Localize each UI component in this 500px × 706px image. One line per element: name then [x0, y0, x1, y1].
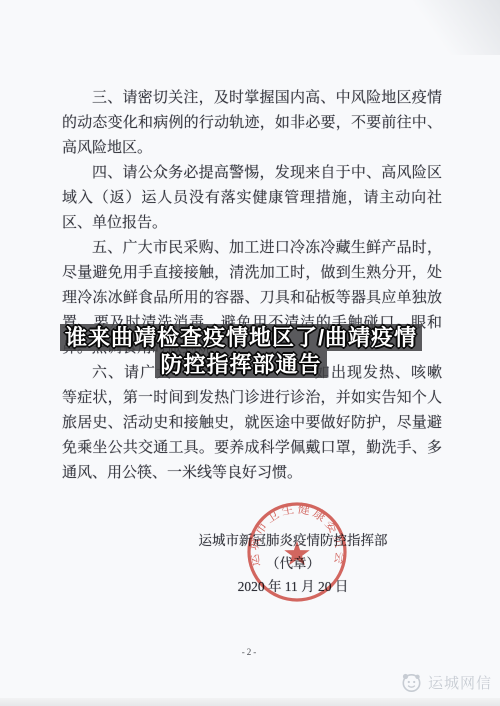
notice-paragraph-4: 四、请公众务必提高警惕，发现来自于中、高风险区域入（返）运人员没有落实健康管理措…: [62, 161, 442, 236]
document-photo: 三、请密切关注，及时掌握国内高、中风险地区疫情的动态变化和病例的行动轨迹，如非必…: [0, 0, 500, 706]
headline-line-1: 谁来曲靖检查疫情地区了/曲靖疫情: [60, 324, 422, 351]
page-number: -2-: [0, 647, 500, 657]
official-seal: 运城市卫生健康委员会: [237, 492, 357, 612]
headline-row-1: 谁来曲靖检查疫情地区了/曲靖疫情: [0, 324, 482, 351]
photo-corner-shadow: [390, 0, 500, 55]
photo-bottom-edge: [0, 698, 500, 706]
headline-overlay: 谁来曲靖检查疫情地区了/曲靖疫情 防控指挥部通告: [0, 324, 482, 378]
notice-body: 三、请密切关注，及时掌握国内高、中风险地区疫情的动态变化和病例的行动轨迹，如非必…: [62, 86, 442, 486]
notice-paragraph-6-visible-rest: 如出现发热、咳嗽等症状，第一时间到发热门诊进行诊治，并如实告知个人旅居史、活动史…: [62, 365, 442, 481]
star-icon: [284, 541, 309, 565]
notice-paragraph-6: 六、请广大如出现发热、咳嗽等症状，第一时间到发热门诊进行诊治，并如实告知个人旅居…: [62, 361, 442, 486]
watermark-mascot-icon: [399, 670, 423, 694]
notice-paragraph-3: 三、请密切关注，及时掌握国内高、中风险地区疫情的动态变化和病例的行动轨迹，如非必…: [62, 86, 442, 161]
watermark-label: 运城网信: [428, 672, 492, 693]
headline-line-2: 防控指挥部通告: [155, 351, 326, 378]
watermark: 运城网信: [399, 670, 492, 694]
headline-row-2: 防控指挥部通告: [0, 351, 482, 378]
